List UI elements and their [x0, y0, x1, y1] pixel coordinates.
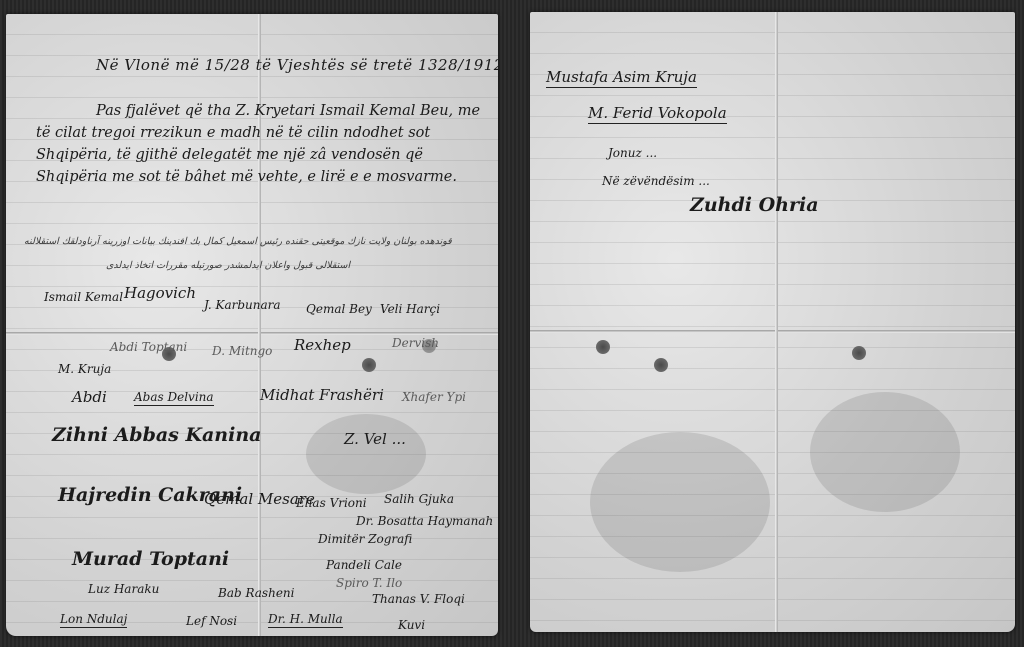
- signature: Jonuz ...: [608, 146, 657, 160]
- signature: Rexhep: [294, 336, 351, 354]
- signature: Midhat Frashëri: [260, 386, 384, 404]
- signature: Zihni Abbas Kanina: [52, 424, 261, 446]
- declaration-text: Pas fjalëvet që tha Z. Kryetari Ismail K…: [36, 100, 496, 188]
- signature: Dimitër Zografi: [318, 532, 412, 546]
- dateline: Në Vlonë më 15/28 të Vjeshtës së tretë 1…: [96, 56, 498, 74]
- signature: Dr. H. Mulla: [268, 612, 343, 628]
- paper-stain: [810, 392, 960, 512]
- signature: Mustafa Asim Kruja: [546, 68, 697, 88]
- fold-crease-horizontal: [6, 332, 498, 335]
- signature: Dr. Bosatta Haymanah: [356, 514, 493, 528]
- signature: J. Karbunara: [204, 298, 281, 312]
- signature: Veli Harçi: [380, 302, 440, 316]
- signature: Lon Ndulaj: [60, 612, 127, 628]
- signature: Pandeli Cale: [326, 558, 402, 572]
- ottoman-text-line-1: قوندهده بولنان ولايت نازك موقعيتى حقنده …: [24, 236, 452, 247]
- document-page-left: Në Vlonë më 15/28 të Vjeshtës së tretë 1…: [6, 14, 498, 636]
- signature: Hagovich: [124, 284, 196, 302]
- signature: Dervish: [392, 336, 439, 350]
- document-page-right: Mustafa Asim Kruja M. Ferid Vokopola Jon…: [530, 12, 1015, 632]
- punch-hole: [852, 346, 866, 360]
- signature: Zuhdi Ohria: [690, 194, 819, 216]
- signature: Spiro T. Ilo: [336, 576, 402, 590]
- signature: Qemal Bey: [306, 302, 372, 316]
- signature: Salih Gjuka: [384, 492, 454, 506]
- signature: D. Mitngo: [212, 344, 272, 358]
- signature: Thanas V. Floqi: [372, 592, 465, 606]
- signature: Elias Vrioni: [296, 496, 367, 510]
- signature: Z. Vel ...: [344, 430, 406, 448]
- punch-hole: [654, 358, 668, 372]
- signature: Abas Delvina: [134, 390, 214, 406]
- punch-hole: [596, 340, 610, 354]
- signature: M. Ferid Vokopola: [588, 104, 727, 124]
- paper-stain: [590, 432, 770, 572]
- signature: Në zëvëndësim ...: [602, 174, 710, 188]
- punch-hole: [362, 358, 376, 372]
- signature: Kuvi: [398, 618, 425, 632]
- signature: M. Kruja: [58, 362, 111, 376]
- signature: Ismail Kemal: [44, 290, 123, 304]
- signature: Bab Rasheni: [218, 586, 295, 600]
- signature: Murad Toptani: [72, 548, 229, 570]
- signature: Lef Nosi: [186, 614, 237, 628]
- signature: Xhafer Ypi: [402, 390, 466, 404]
- fold-crease-vertical: [775, 12, 778, 632]
- signature: Abdi Toptani: [110, 340, 187, 354]
- fold-crease-horizontal: [530, 330, 1015, 333]
- ottoman-text-line-2: استقلالى قبول واعلان ايدلمشدر صورتيله مق…: [106, 260, 350, 271]
- signature: Luz Haraku: [88, 582, 159, 596]
- signature: Abdi: [72, 388, 107, 406]
- paper-stain: [306, 414, 426, 494]
